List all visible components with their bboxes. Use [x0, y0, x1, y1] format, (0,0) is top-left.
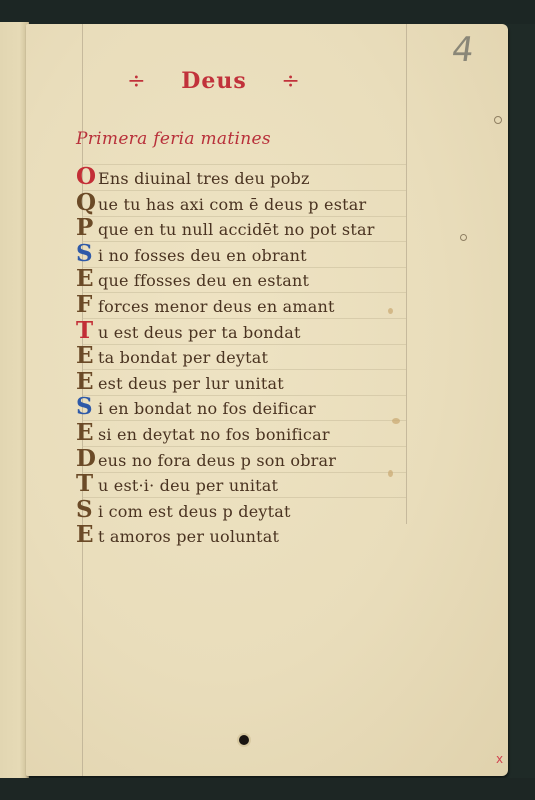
initial-letter: O	[76, 164, 98, 190]
line-text: ta bondat per deytat	[98, 348, 268, 367]
line-text: Ens diuinal tres deu pobz	[98, 169, 310, 188]
rubric: Primera feria matines	[76, 129, 271, 149]
worm-hole	[460, 234, 467, 241]
line-text: ue tu has axi com ē deus p estar	[98, 195, 366, 214]
previous-leaf-edge	[0, 22, 29, 782]
verse-line: Fforces menor deus en amant	[76, 292, 375, 318]
wax-stain	[392, 418, 400, 424]
folio-number: 4	[449, 30, 476, 70]
initial-letter: S	[76, 394, 98, 420]
manuscript-page: 4 ÷ Deus ÷ Primera feria matines OEns di…	[26, 24, 508, 776]
line-text: forces menor deus en amant	[98, 297, 335, 316]
verse-line: Si en bondat no fos deificar	[76, 394, 375, 420]
initial-letter: P	[76, 215, 98, 241]
worm-hole	[494, 116, 502, 124]
initial-letter: Q	[76, 190, 98, 216]
initial-letter: E	[76, 369, 98, 395]
initial-letter: D	[76, 446, 98, 472]
verse-line: Eta bondat per deytat	[76, 343, 375, 369]
line-text: u est·i· deu per unitat	[98, 476, 278, 495]
corner-mark: x	[496, 752, 503, 766]
wax-stain	[388, 308, 393, 314]
initial-letter: T	[76, 318, 98, 344]
binding-hole	[239, 735, 249, 745]
line-text: i en bondat no fos deificar	[98, 399, 316, 418]
verse-line: OEns diuinal tres deu pobz	[76, 164, 375, 190]
verse-line: Si no fosses deu en obrant	[76, 241, 375, 267]
line-text: i no fosses deu en obrant	[98, 246, 307, 265]
verse-line: Eque ffosses deu en estant	[76, 266, 375, 292]
line-text: est deus per lur unitat	[98, 374, 284, 393]
verse-line: Tu est deus per ta bondat	[76, 318, 375, 344]
bleed-through-text	[386, 136, 446, 536]
verse-line: Que tu has axi com ē deus p estar	[76, 190, 375, 216]
verse-line: Et amoros per uoluntat	[76, 522, 375, 548]
line-text: i com est deus p deytat	[98, 502, 291, 521]
heading-ornament-right: ÷	[281, 69, 300, 94]
scan-backdrop-top	[0, 0, 535, 24]
verse-line: Tu est·i· deu per unitat	[76, 471, 375, 497]
wax-stain	[388, 470, 393, 477]
scan-backdrop-bottom	[0, 778, 535, 800]
verse-line: Deus no fora deus p son obrar	[76, 446, 375, 472]
line-text: si en deytat no fos bonificar	[98, 425, 330, 444]
line-text: u est deus per ta bondat	[98, 323, 301, 342]
initial-letter: S	[76, 241, 98, 267]
line-text: que ffosses deu en estant	[98, 271, 309, 290]
initial-letter: T	[76, 471, 98, 497]
heading-ornament-left: ÷	[127, 69, 146, 94]
verse-text: OEns diuinal tres deu pobz Que tu has ax…	[76, 164, 375, 548]
line-text: t amoros per uoluntat	[98, 527, 279, 546]
verse-line: Si com est deus p deytat	[76, 497, 375, 523]
initial-letter: E	[76, 420, 98, 446]
line-text: eus no fora deus p son obrar	[98, 451, 336, 470]
initial-letter: E	[76, 522, 98, 548]
verse-line: Pque en tu null accidēt no pot star	[76, 215, 375, 241]
heading-title: Deus	[181, 68, 246, 94]
line-text: que en tu null accidēt no pot star	[98, 220, 375, 239]
initial-letter: E	[76, 343, 98, 369]
verse-line: Esi en deytat no fos bonificar	[76, 420, 375, 446]
initial-letter: S	[76, 497, 98, 523]
page-heading: ÷ Deus ÷	[94, 68, 334, 94]
verse-line: Eest deus per lur unitat	[76, 369, 375, 395]
initial-letter: E	[76, 266, 98, 292]
initial-letter: F	[76, 292, 98, 318]
